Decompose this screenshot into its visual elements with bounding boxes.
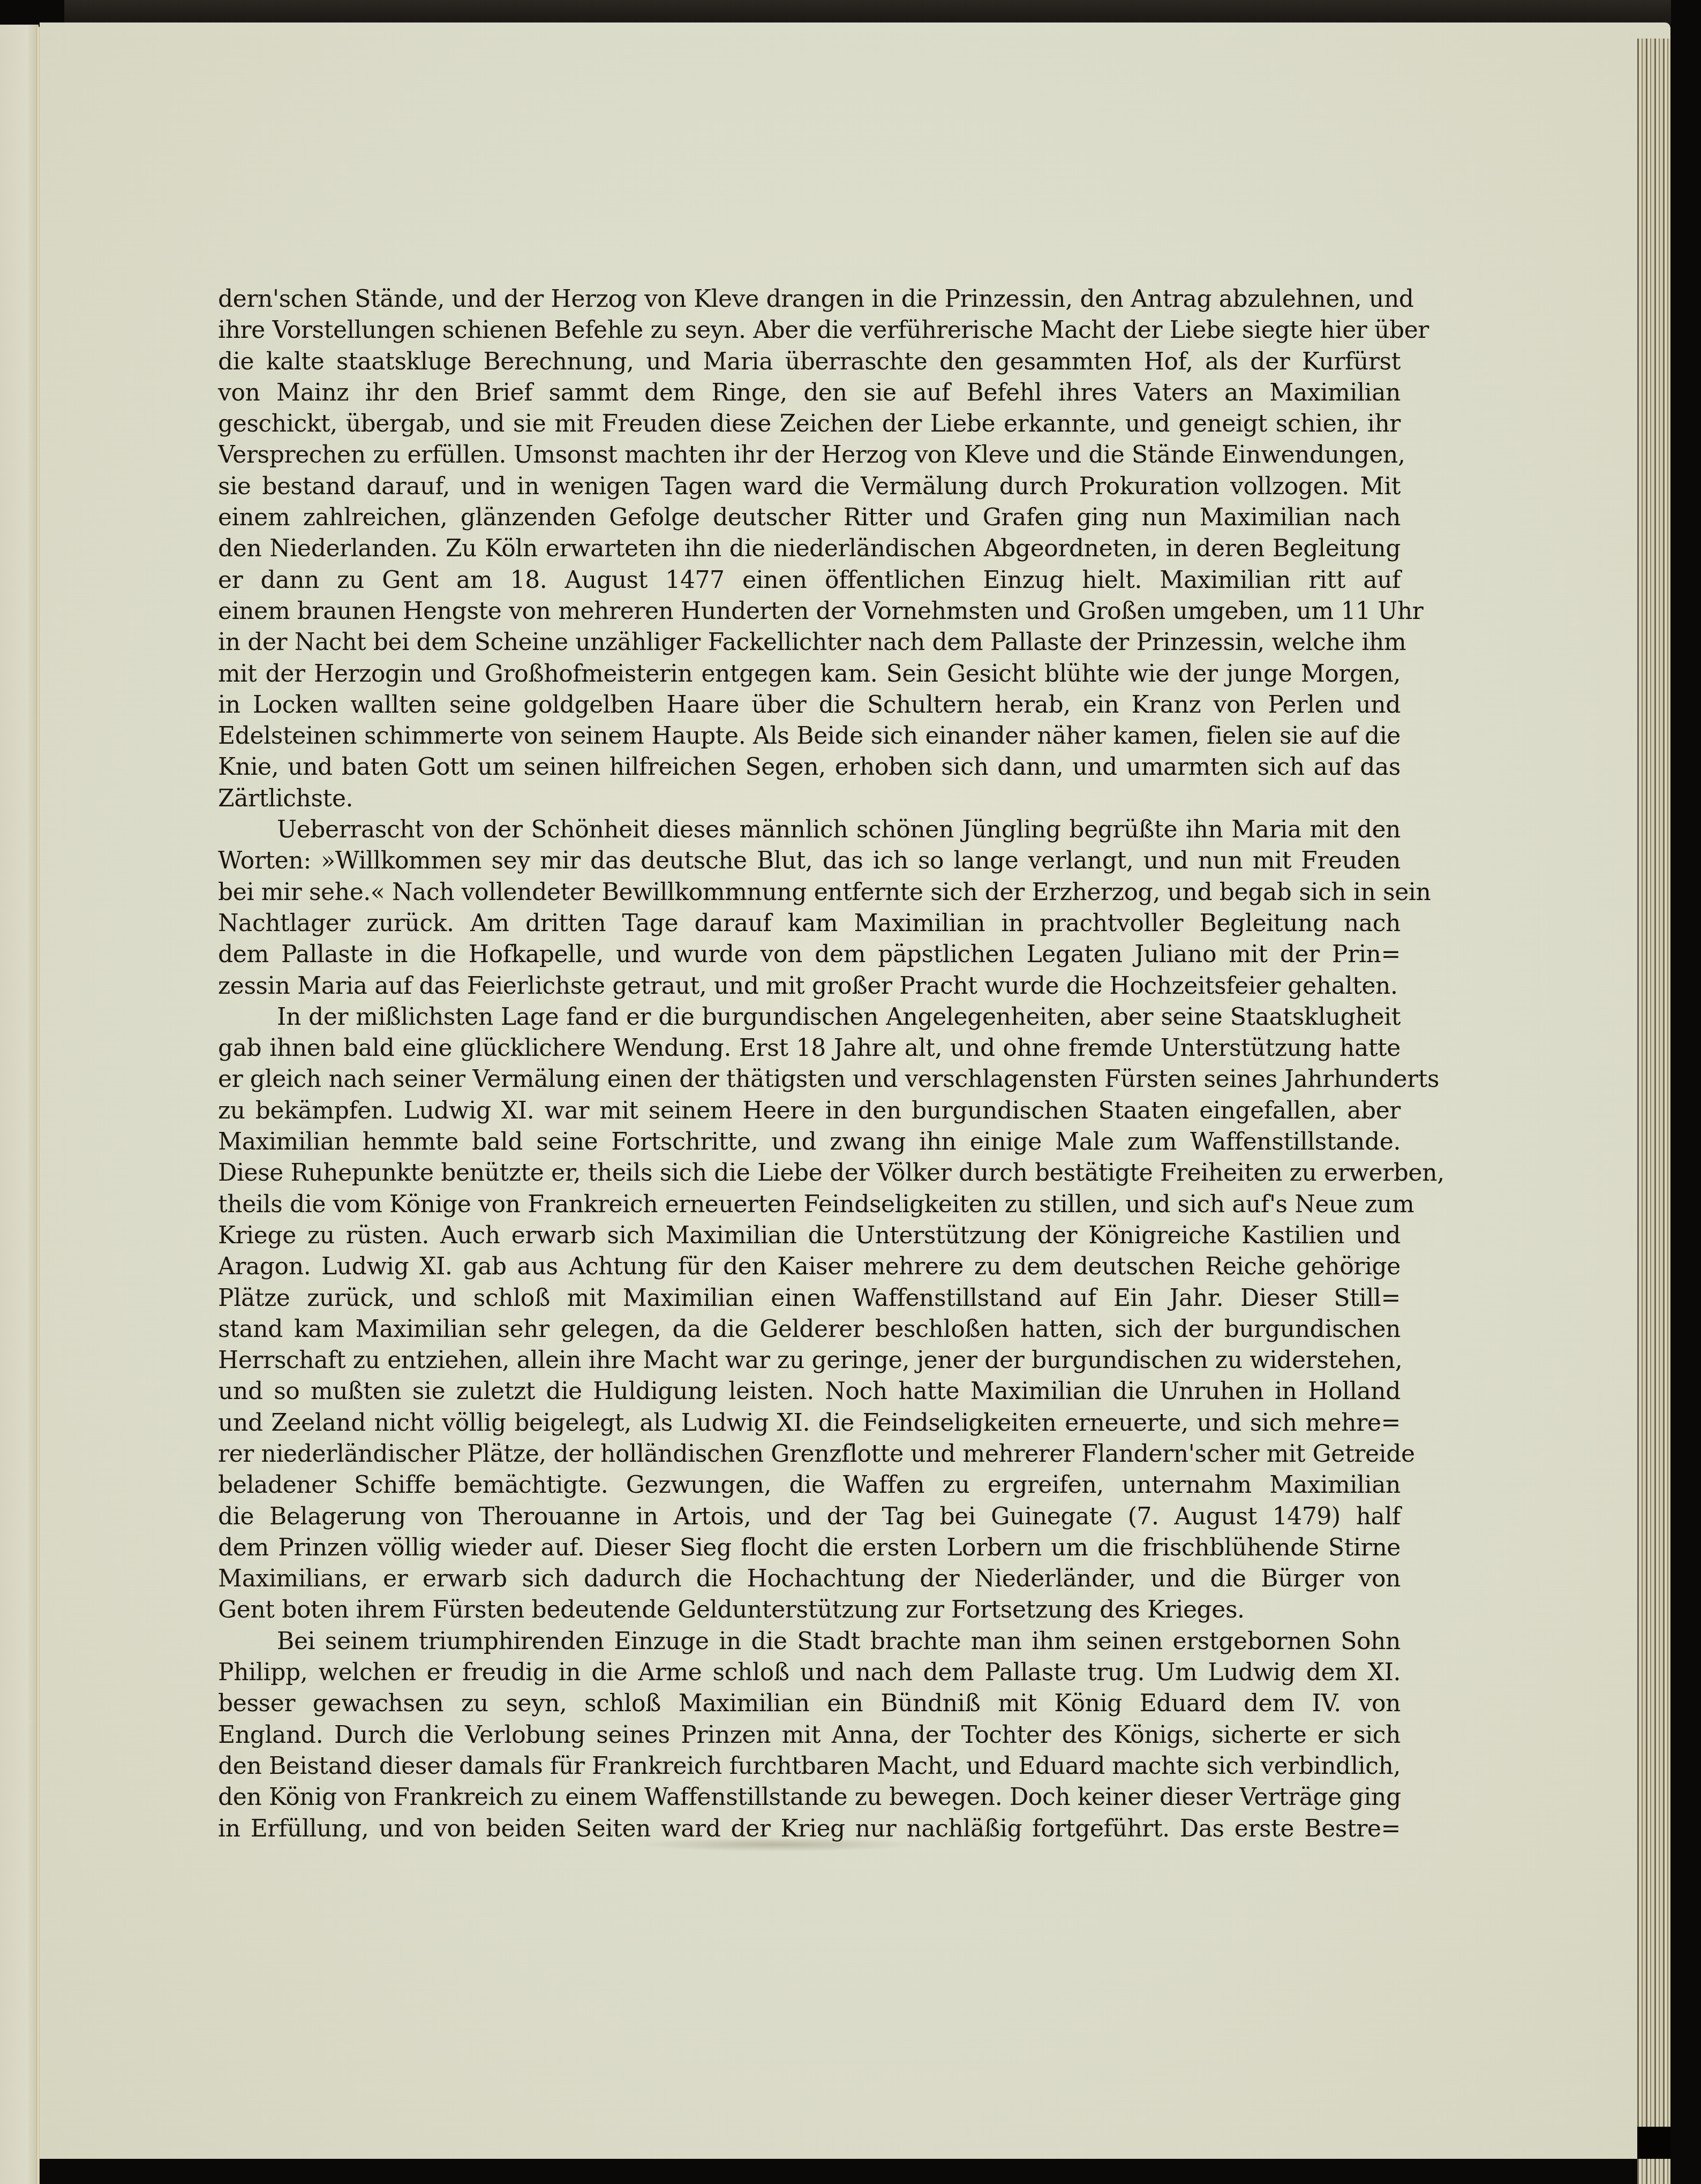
text-line: einem braunen Hengste von mehreren Hunde… — [218, 596, 1401, 627]
text-line-content: Edelsteinen schimmerte von seinem Haupte… — [218, 721, 1401, 752]
text-line: er dann zu Gent am 18. August 1477 einen… — [218, 565, 1401, 596]
text-line-content: bei mir sehe.« Nach vollendeter Bewillko… — [218, 877, 1401, 908]
text-line: bei mir sehe.« Nach vollendeter Bewillko… — [218, 877, 1401, 908]
text-line-content: in Locken wallten seine goldgelben Haare… — [218, 690, 1401, 721]
text-line-content: dern'schen Stände, und der Herzog von Kl… — [218, 284, 1401, 315]
text-line: den König von Frankreich zu einem Waffen… — [218, 1782, 1401, 1813]
text-line-content: gab ihnen bald eine glücklichere Wendung… — [218, 1033, 1401, 1064]
text-line: Maximilians, er erwarb sich dadurch die … — [218, 1563, 1401, 1594]
text-line-content: sie bestand darauf, und in wenigen Tagen… — [218, 471, 1401, 502]
text-line: England. Durch die Verlobung seines Prin… — [218, 1720, 1401, 1751]
text-line: zu bekämpfen. Ludwig XI. war mit seinem … — [218, 1095, 1401, 1127]
text-line-content: zessin Maria auf das Feierlichste getrau… — [218, 971, 1401, 1002]
text-line-content: stand kam Maximilian sehr gelegen, da di… — [218, 1314, 1401, 1345]
text-line: mit der Herzogin und Großhofmeisterin en… — [218, 659, 1401, 690]
text-line: Worten: »Willkommen sey mir das deutsche… — [218, 845, 1401, 876]
text-line-content: rer niederländischer Plätze, der holländ… — [218, 1439, 1401, 1470]
text-line-content: dem Pallaste in die Hofkapelle, und wurd… — [218, 939, 1401, 970]
text-line: theils die vom Könige von Frankreich ern… — [218, 1189, 1401, 1220]
paragraph: dern'schen Stände, und der Herzog von Kl… — [218, 284, 1401, 814]
text-line: Diese Ruhepunkte benützte er, theils sic… — [218, 1158, 1401, 1189]
text-line: Philipp, welchen er freudig in die Arme … — [218, 1657, 1401, 1688]
text-line: stand kam Maximilian sehr gelegen, da di… — [218, 1314, 1401, 1345]
text-line: gab ihnen bald eine glücklichere Wendung… — [218, 1033, 1401, 1064]
text-line-content: den Niederlanden. Zu Köln erwarteten ihn… — [218, 533, 1401, 564]
text-line: Herrschaft zu entziehen, allein ihre Mac… — [218, 1345, 1401, 1376]
text-line: besser gewachsen zu seyn, schloß Maximil… — [218, 1688, 1401, 1719]
text-line-content: und so mußten sie zuletzt die Huldigung … — [218, 1376, 1401, 1407]
text-line-content: England. Durch die Verlobung seines Prin… — [218, 1720, 1401, 1751]
text-line-content: In der mißlichsten Lage fand er die burg… — [277, 1002, 1401, 1033]
text-line-content: Aragon. Ludwig XI. gab aus Achtung für d… — [218, 1251, 1401, 1282]
text-line: Knie, und baten Gott um seinen hilfreich… — [218, 752, 1401, 783]
text-line-content: Maximilians, er erwarb sich dadurch die … — [218, 1563, 1401, 1594]
text-line: dem Prinzen völlig wieder auf. Dieser Si… — [218, 1532, 1401, 1563]
text-line-content: mit der Herzogin und Großhofmeisterin en… — [218, 659, 1401, 690]
text-line: und Zeeland nicht völlig beigelegt, als … — [218, 1408, 1401, 1439]
text-line: Ueberrascht von der Schönheit dieses män… — [218, 814, 1401, 845]
text-line: in der Nacht bei dem Scheine unzähliger … — [218, 627, 1401, 658]
text-line-content: von Mainz ihr den Brief sammt dem Ringe,… — [218, 377, 1401, 409]
text-line: die Belagerung von Therouanne in Artois,… — [218, 1501, 1401, 1532]
text-line: rer niederländischer Plätze, der holländ… — [218, 1439, 1401, 1470]
text-line: Nachtlager zurück. Am dritten Tage darau… — [218, 908, 1401, 939]
text-line: Maximilian hemmte bald seine Fortschritt… — [218, 1127, 1401, 1158]
text-line-content: den Beistand dieser damals für Frankreic… — [218, 1751, 1401, 1782]
text-line: einem zahlreichen, glänzenden Gefolge de… — [218, 502, 1401, 533]
text-line: in Locken wallten seine goldgelben Haare… — [218, 690, 1401, 721]
text-line-content: Bei seinem triumphirenden Einzuge in die… — [277, 1626, 1401, 1657]
text-line: Aragon. Ludwig XI. gab aus Achtung für d… — [218, 1251, 1401, 1282]
text-line: Bei seinem triumphirenden Einzuge in die… — [218, 1626, 1401, 1657]
text-line-content: zu bekämpfen. Ludwig XI. war mit seinem … — [218, 1095, 1401, 1127]
page-stack-shadow — [1637, 2127, 1670, 2159]
text-line-content: theils die vom Könige von Frankreich ern… — [218, 1189, 1401, 1220]
text-line-content: Maximilian hemmte bald seine Fortschritt… — [218, 1127, 1401, 1158]
page-stack-edges — [1637, 39, 1670, 2184]
text-line: den Beistand dieser damals für Frankreic… — [218, 1751, 1401, 1782]
text-line: die kalte staatskluge Berechnung, und Ma… — [218, 346, 1401, 377]
text-line-content: Philipp, welchen er freudig in die Arme … — [218, 1657, 1401, 1688]
text-line: und so mußten sie zuletzt die Huldigung … — [218, 1376, 1401, 1407]
text-line: dem Pallaste in die Hofkapelle, und wurd… — [218, 939, 1401, 970]
text-line-content: er dann zu Gent am 18. August 1477 einen… — [218, 565, 1401, 596]
text-line-content: Plätze zurück, und schloß mit Maximilian… — [218, 1283, 1401, 1314]
text-line: zessin Maria auf das Feierlichste getrau… — [218, 971, 1401, 1002]
body-text: dern'schen Stände, und der Herzog von Kl… — [218, 284, 1401, 1845]
text-line-content: er gleich nach seiner Vermälung einen de… — [218, 1064, 1401, 1095]
text-line: sie bestand darauf, und in wenigen Tagen… — [218, 471, 1401, 502]
text-line: Zärtlichste. — [218, 783, 1401, 814]
text-line: In der mißlichsten Lage fand er die burg… — [218, 1002, 1401, 1033]
text-line: Plätze zurück, und schloß mit Maximilian… — [218, 1283, 1401, 1314]
text-line: Gent boten ihrem Fürsten bedeutende Geld… — [218, 1594, 1401, 1626]
text-line: ihre Vorstellungen schienen Befehle zu s… — [218, 315, 1401, 346]
text-line-content: in der Nacht bei dem Scheine unzähliger … — [218, 627, 1401, 658]
text-line-content: Worten: »Willkommen sey mir das deutsche… — [218, 845, 1401, 876]
text-line-content: einem zahlreichen, glänzenden Gefolge de… — [218, 502, 1401, 533]
text-line-content: geschickt, übergab, und sie mit Freuden … — [218, 409, 1401, 440]
text-line-content: die kalte staatskluge Berechnung, und Ma… — [218, 346, 1401, 377]
text-line: Versprechen zu erfüllen. Umsonst machten… — [218, 440, 1401, 471]
text-line: Kriege zu rüsten. Auch erwarb sich Maxim… — [218, 1220, 1401, 1251]
text-line-content: dem Prinzen völlig wieder auf. Dieser Si… — [218, 1532, 1401, 1563]
text-line-content: in Erfüllung, und von beiden Seiten ward… — [218, 1813, 1401, 1845]
text-line: dern'schen Stände, und der Herzog von Kl… — [218, 284, 1401, 315]
paragraph: Bei seinem triumphirenden Einzuge in die… — [218, 1626, 1401, 1845]
text-line: in Erfüllung, und von beiden Seiten ward… — [218, 1813, 1401, 1845]
text-line: von Mainz ihr den Brief sammt dem Ringe,… — [218, 377, 1401, 409]
text-line-content: Herrschaft zu entziehen, allein ihre Mac… — [218, 1345, 1401, 1376]
text-line-content: Ueberrascht von der Schönheit dieses män… — [277, 814, 1401, 845]
text-line-content: Diese Ruhepunkte benützte er, theils sic… — [218, 1158, 1401, 1189]
text-line-content: Nachtlager zurück. Am dritten Tage darau… — [218, 908, 1401, 939]
text-line: beladener Schiffe bemächtigte. Gezwungen… — [218, 1470, 1401, 1501]
text-line-content: Zärtlichste. — [218, 783, 1401, 814]
text-line: den Niederlanden. Zu Köln erwarteten ihn… — [218, 533, 1401, 564]
text-line-content: die Belagerung von Therouanne in Artois,… — [218, 1501, 1401, 1532]
text-line-content: Knie, und baten Gott um seinen hilfreich… — [218, 752, 1401, 783]
text-line-content: einem braunen Hengste von mehreren Hunde… — [218, 596, 1401, 627]
paragraph: Ueberrascht von der Schönheit dieses män… — [218, 814, 1401, 1002]
text-line-content: den König von Frankreich zu einem Waffen… — [218, 1782, 1401, 1813]
text-line-content: Versprechen zu erfüllen. Umsonst machten… — [218, 440, 1401, 471]
text-line: Edelsteinen schimmerte von seinem Haupte… — [218, 721, 1401, 752]
paragraph: In der mißlichsten Lage fand er die burg… — [218, 1002, 1401, 1626]
text-line: geschickt, übergab, und sie mit Freuden … — [218, 409, 1401, 440]
text-line: er gleich nach seiner Vermälung einen de… — [218, 1064, 1401, 1095]
book-cover-top-edge — [64, 0, 1671, 24]
text-line-content: besser gewachsen zu seyn, schloß Maximil… — [218, 1688, 1401, 1719]
text-line-content: und Zeeland nicht völlig beigelegt, als … — [218, 1408, 1401, 1439]
text-line-content: ihre Vorstellungen schienen Befehle zu s… — [218, 315, 1401, 346]
facing-page-edge — [0, 25, 39, 2184]
text-line-content: Kriege zu rüsten. Auch erwarb sich Maxim… — [218, 1220, 1401, 1251]
text-line-content: Gent boten ihrem Fürsten bedeutende Geld… — [218, 1594, 1401, 1626]
text-line-content: beladener Schiffe bemächtigte. Gezwungen… — [218, 1470, 1401, 1501]
